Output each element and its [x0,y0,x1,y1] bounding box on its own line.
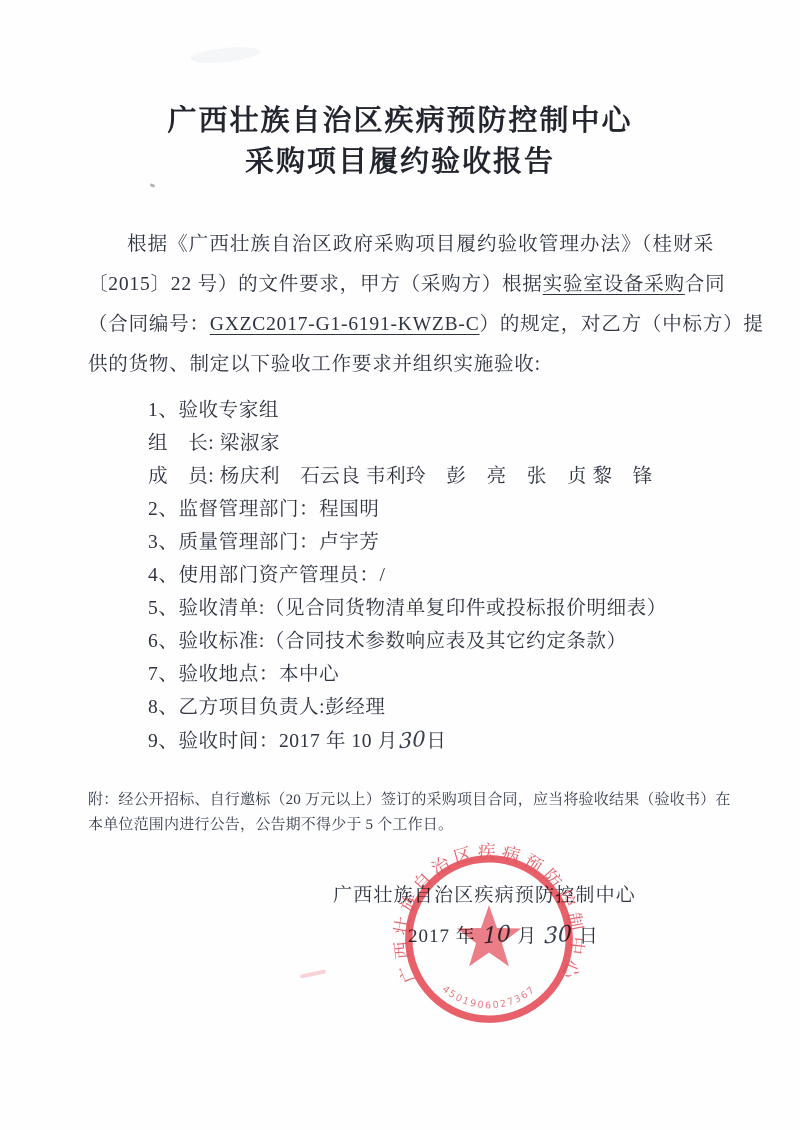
footer-note-line-2: 本单位范围内进行公告，公告期不得少于 5 个工作日。 [88,813,736,838]
scan-smudge [189,44,260,65]
acceptance-date-text: 9、验收时间：2017 年 10 月 [148,731,398,752]
list-item-acceptance-standard: 6、验收标准:（合同技术参数响应表及其它约定条款） [148,625,728,658]
intro-line-3-text: （合同编号： [88,314,210,335]
list-item-supervision-dept: 2、监督管理部门：程国明 [148,493,728,526]
list-item-acceptance-checklist: 5、验收清单:（见合同货物清单复印件或投标报价明细表） [148,592,728,625]
scanned-acceptance-report-page: 广西壮族自治区疾病预防控制中心 采购项目履约验收报告 根据《广西壮族自治区政府采… [0,0,800,1130]
title-line-1: 广西壮族自治区疾病预防控制中心 [0,100,800,141]
handwritten-month: 10 [483,921,511,949]
signature-date-year: 2017 年 [408,926,476,947]
list-item-quality-dept: 3、质量管理部门：卢宇芳 [148,526,728,559]
scan-speck [150,183,156,188]
acceptance-date-suffix: 日 [426,731,446,752]
list-row-group-members: 成 员: 杨庆利 石云良 韦利玲 彭 亮 张 贞 黎 锋 [148,460,728,493]
signature-date-month-label: 月 [517,926,537,947]
intro-line-2-tail: 合同 [685,274,726,295]
intro-paragraph: 根据《广西壮族自治区政府采购项目履约验收管理办法》（桂财采 〔2015〕22 号… [88,225,714,385]
title-line-2: 采购项目履约验收报告 [0,141,800,182]
intro-line-2-text: 〔2015〕22 号）的文件要求，甲方（采购方）根据 [88,274,543,295]
intro-line-3: （合同编号：GXZC2017-G1-6191-KWZB-C）的规定，对乙方（中标… [88,305,714,345]
signature-date: 2017 年 10 月 30 日 [408,921,599,948]
intro-line-3-tail: ）的规定，对乙方（中标方）提 [480,314,764,335]
list-row-group-leader: 组 长: 梁淑家 [148,427,728,460]
handwritten-day-signature: 30 [544,921,572,949]
intro-line-2: 〔2015〕22 号）的文件要求，甲方（采购方）根据实验室设备采购合同 [88,265,714,305]
signature-date-day-label: 日 [579,926,599,947]
seal-ink-smudge [300,969,326,978]
footer-note-line-1: 附：经公开招标、自行邀标（20 万元以上）签订的采购项目合同，应当将验收结果（验… [88,788,736,813]
contract-number-underlined: GXZC2017-G1-6191-KWZB-C [210,314,480,335]
handwritten-day: 30 [399,723,426,759]
intro-line-1: 根据《广西壮族自治区政府采购项目履约验收管理办法》（桂财采 [88,225,714,265]
document-title: 广西壮族自治区疾病预防控制中心 采购项目履约验收报告 [0,100,800,182]
list-item-asset-manager: 4、使用部门资产管理员：/ [148,559,728,592]
acceptance-items-list: 1、验收专家组 组 长: 梁淑家 成 员: 杨庆利 石云良 韦利玲 彭 亮 张 … [148,394,728,757]
list-item-expert-group: 1、验收专家组 [148,394,728,427]
signature-org-name: 广西壮族自治区疾病预防控制中心 [333,880,636,907]
list-item-acceptance-date: 9、验收时间：2017 年 10 月30日 [148,724,728,757]
list-item-vendor-manager: 8、乙方项目负责人:彭经理 [148,691,728,724]
seal-ring-text: 广西壮族自治区疾病预防控制中心 [391,842,587,986]
seal-serial-number: 4501906027367 [440,984,538,1011]
intro-line-4: 供的货物、制定以下验收工作要求并组织实施验收: [88,345,714,385]
footer-note: 附：经公开招标、自行邀标（20 万元以上）签订的采购项目合同，应当将验收结果（验… [88,788,736,838]
list-item-acceptance-location: 7、验收地点：本中心 [148,658,728,691]
contract-name-underlined: 实验室设备采购 [543,274,685,295]
